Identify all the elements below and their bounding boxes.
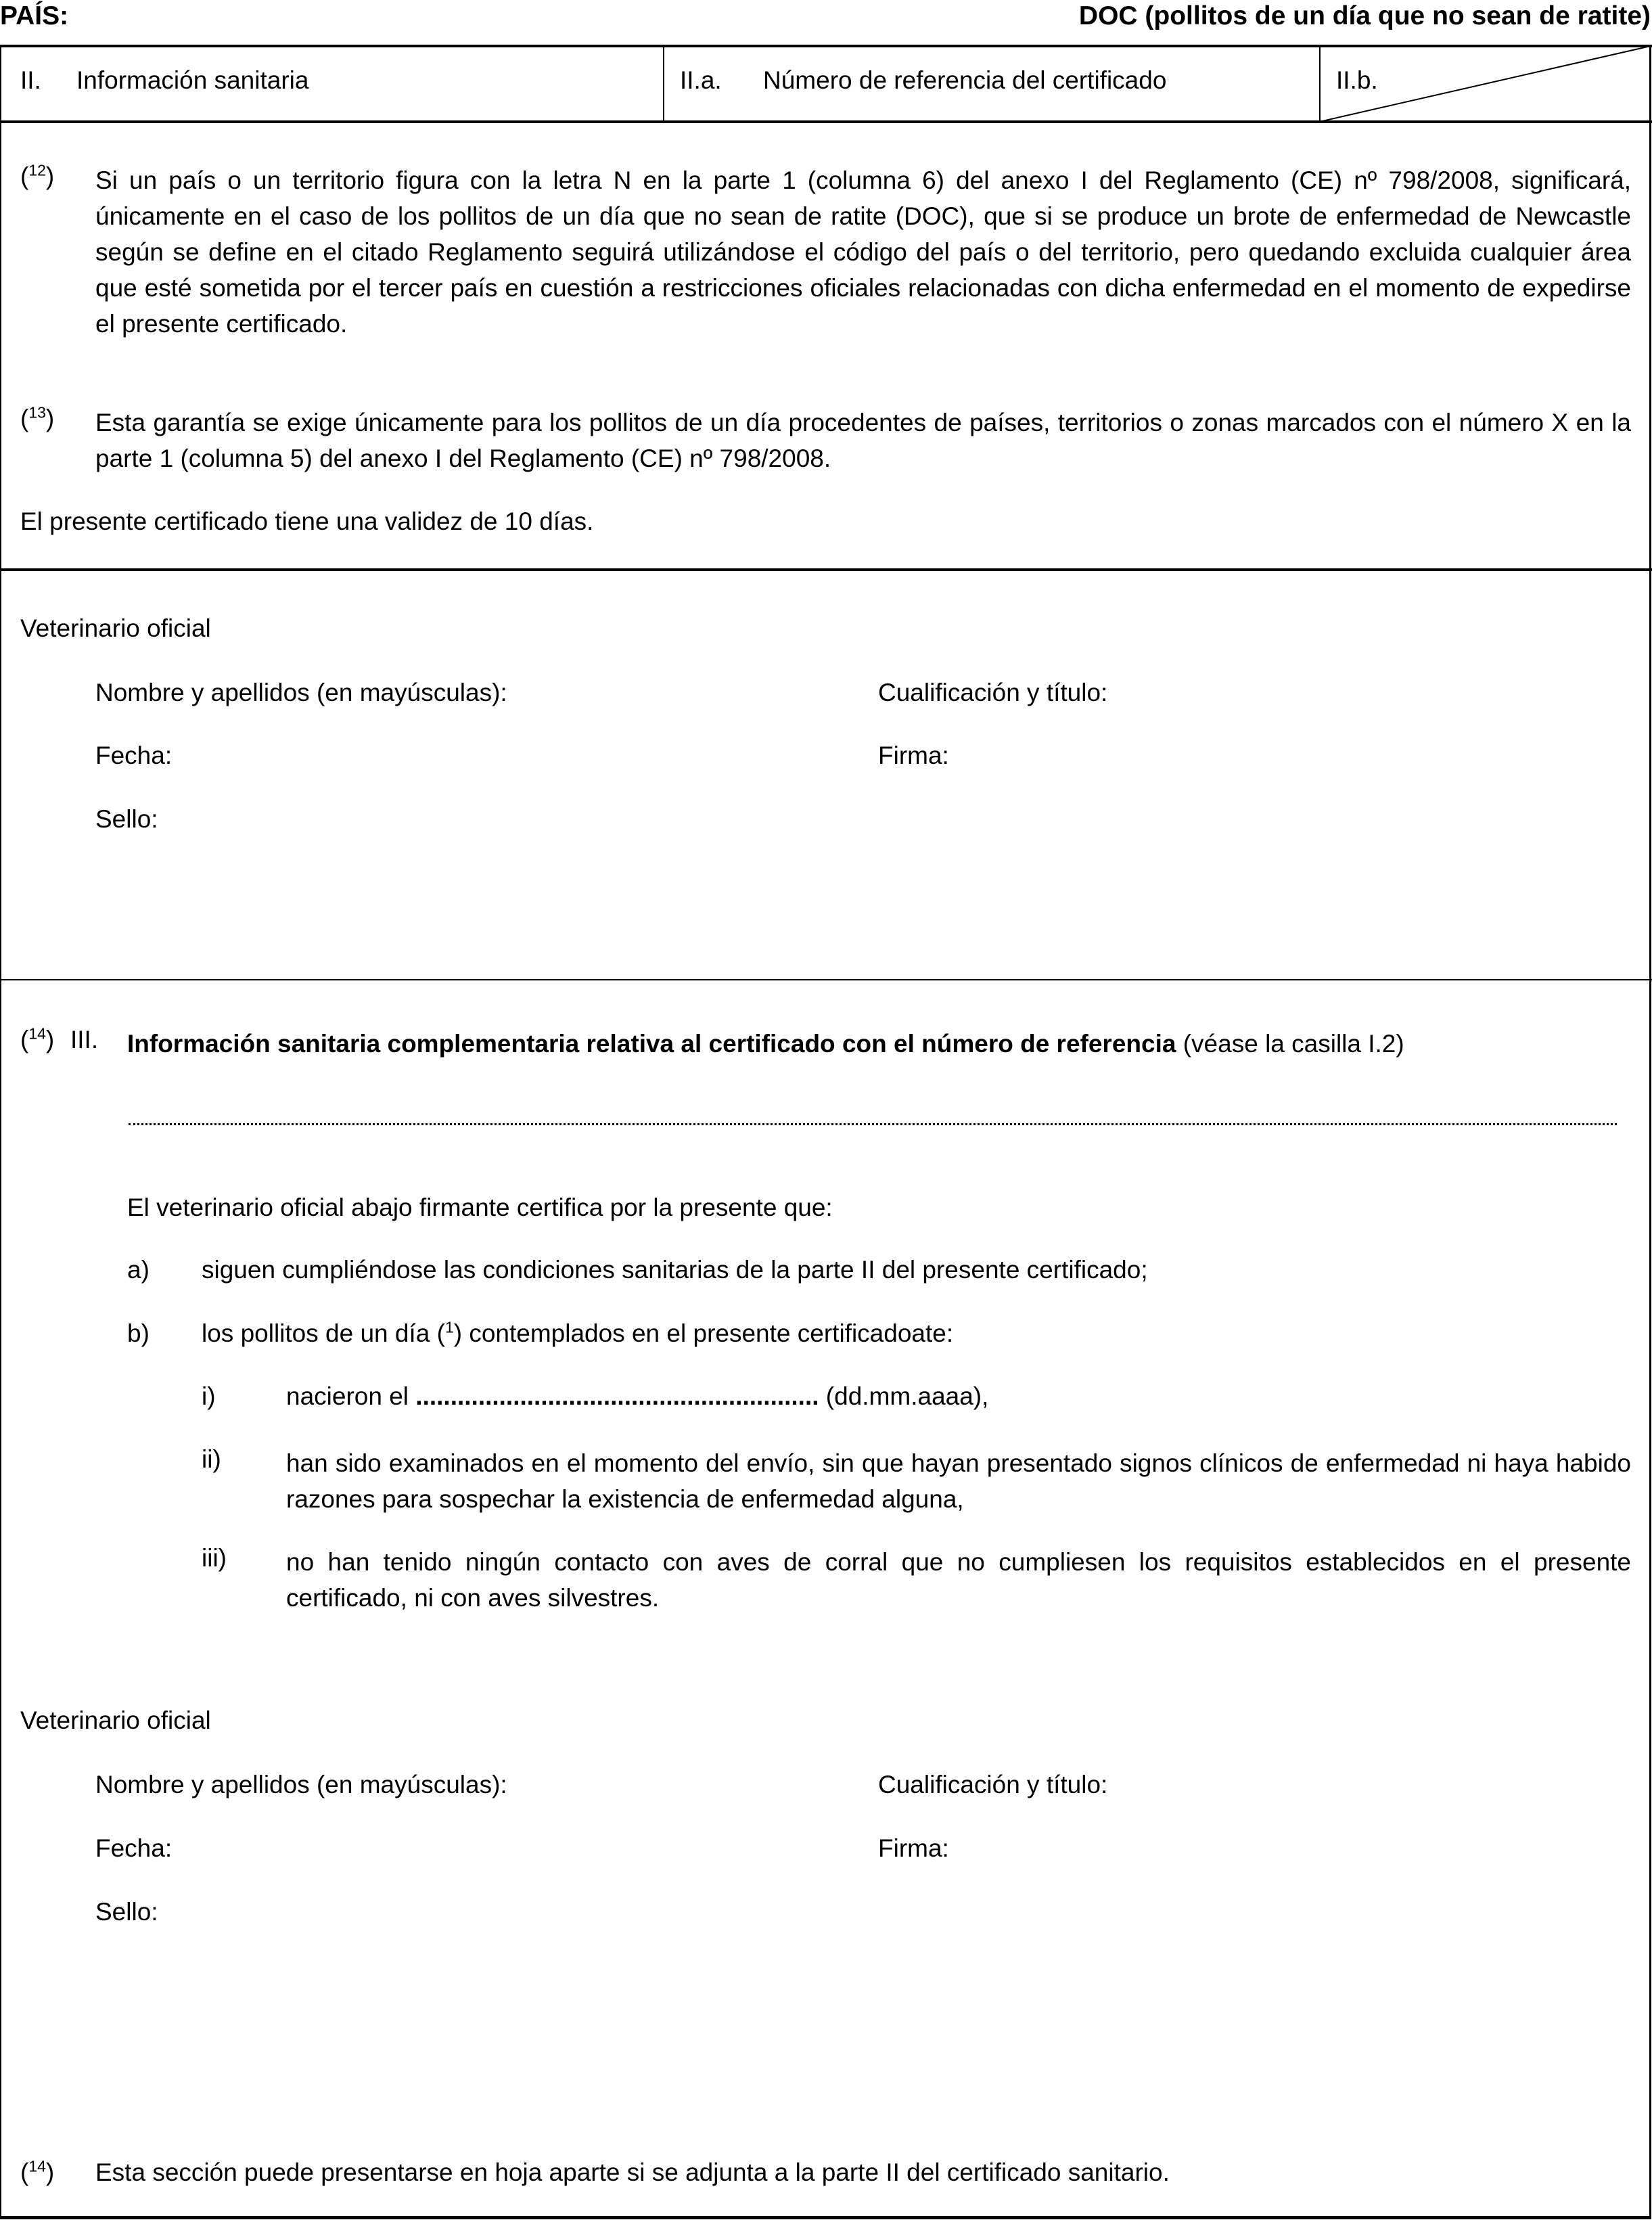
column-divider-1 — [663, 46, 664, 122]
signature-block-1-signature-label: Firma: — [878, 742, 949, 770]
subitem-i-text-before: nacieron el — [286, 1382, 415, 1410]
subitem-i-text: nacieron el ............................… — [286, 1382, 988, 1411]
item-b-text: los pollitos de un día (1) contemplados … — [202, 1319, 953, 1348]
footnote-14-text: Esta sección puede presentarse en hoja a… — [95, 2158, 1170, 2187]
signature-block-1-qualification-label: Cualificación y título: — [878, 679, 1107, 707]
divider-signature-bottom — [0, 979, 1652, 980]
subitem-iii-label: iii) — [202, 1544, 227, 1572]
validity-note: El presente certificado tiene una valide… — [20, 507, 593, 536]
section-iii-title-bold: Información sanitaria complementaria rel… — [127, 1030, 1176, 1058]
section-iii-number: III. — [70, 1026, 98, 1054]
code-label: II.b. — [1336, 66, 1378, 95]
reference-number-title: Número de referencia del certificado — [763, 66, 1166, 95]
subitem-i-label: i) — [202, 1382, 216, 1411]
section-iii-intro: El veterinario oficial abajo firmante ce… — [127, 1194, 833, 1222]
footnote-13-number: 13 — [28, 404, 46, 422]
country-label: PAÍS: — [0, 1, 68, 31]
footnote-12-text: Si un país o un territorio figura con la… — [95, 162, 1631, 342]
dotted-fill-line — [129, 1123, 1617, 1125]
signature-block-1-stamp-label: Sello: — [95, 805, 158, 834]
section-iii-marker: (14) — [20, 1026, 54, 1054]
footnote-13-text: Esta garantía se exige únicamente para l… — [95, 405, 1631, 476]
section-iii-title: Información sanitaria complementaria rel… — [127, 1026, 1631, 1062]
section-number: II. — [20, 66, 41, 95]
subitem-iii-text: no han tenido ningún contacto con aves d… — [286, 1544, 1631, 1616]
subitem-ii-text: han sido examinados en el momento del en… — [286, 1445, 1631, 1517]
signature-block-2-qualification-label: Cualificación y título: — [878, 1771, 1107, 1799]
subitem-ii-label: ii) — [202, 1445, 221, 1474]
item-a-label: a) — [127, 1256, 150, 1284]
section-iii-footnote-number: 14 — [28, 1025, 46, 1043]
certificate-frame — [0, 45, 1651, 2219]
signature-block-2-title: Veterinario oficial — [20, 1706, 211, 1735]
footnote-12-number: 12 — [28, 162, 46, 179]
signature-block-2-signature-label: Firma: — [878, 1834, 949, 1863]
document-title: DOC (pollitos de un día que no sean de r… — [1079, 1, 1651, 31]
item-a-text: siguen cumpliéndose las condiciones sani… — [202, 1256, 1148, 1284]
item-b-text-after: ) contemplados en el presente certificad… — [454, 1319, 953, 1347]
signature-block-2-name-label: Nombre y apellidos (en mayúsculas): — [95, 1771, 507, 1799]
subitem-i-text-after: (dd.mm.aaaa), — [819, 1382, 989, 1410]
signature-block-2-date-label: Fecha: — [95, 1834, 172, 1863]
section-title: Información sanitaria — [76, 66, 308, 95]
signature-block-1-title: Veterinario oficial — [20, 614, 211, 643]
signature-block-1-date-label: Fecha: — [95, 742, 172, 770]
birth-date-blank[interactable]: ........................................… — [415, 1382, 819, 1410]
reference-number-label: II.a. — [680, 66, 722, 95]
item-b-label: b) — [127, 1319, 150, 1348]
item-b-text-before: los pollitos de un día ( — [202, 1319, 445, 1347]
divider-footnotes-bottom — [0, 568, 1652, 571]
footnote-12-marker: (12) — [20, 162, 54, 191]
item-b-footnote-ref: 1 — [445, 1319, 454, 1336]
signature-block-2-stamp-label: Sello: — [95, 1898, 158, 1926]
section-iii-title-rest: (véase la casilla I.2) — [1176, 1030, 1404, 1058]
footnote-14-marker: (14) — [20, 2158, 54, 2187]
footnote-13-marker: (13) — [20, 405, 54, 433]
signature-block-1-name-label: Nombre y apellidos (en mayúsculas): — [95, 679, 507, 707]
footnote-14-number: 14 — [28, 2158, 46, 2175]
